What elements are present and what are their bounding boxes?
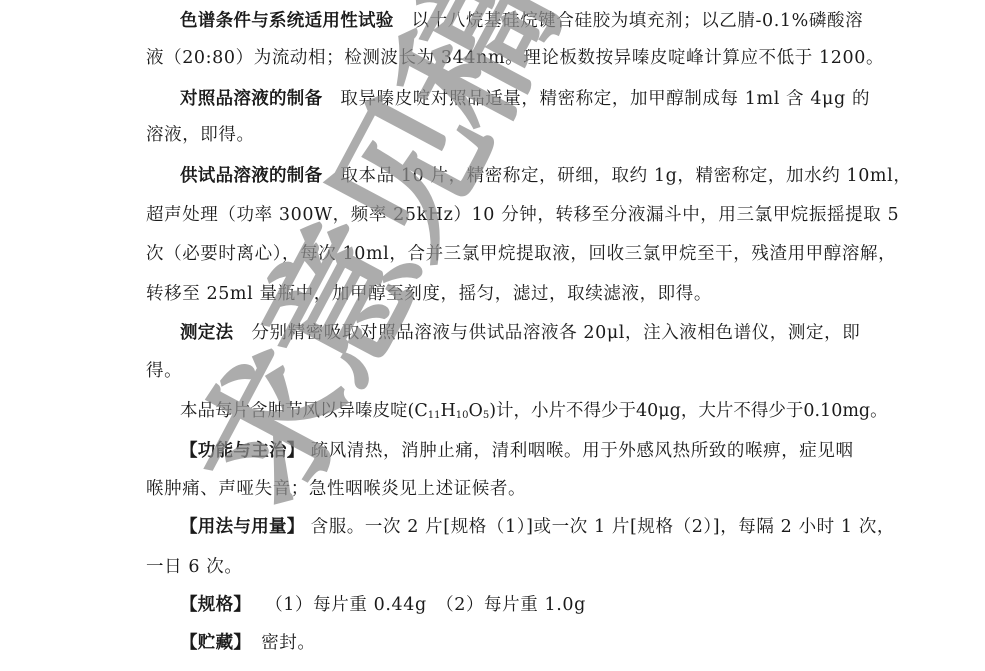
content-limit-line: 本品每片含肿节风以异嗪皮啶(C11H10O5)计，小片不得少于40μg，大片不得… bbox=[180, 400, 888, 422]
storage-line: 【贮藏】密封。 bbox=[180, 632, 316, 654]
dosage-line-1: 【用法与用量】含服。一次 2 片[规格（1）]或一次 1 片[规格（2）]，每隔… bbox=[180, 516, 895, 538]
body-text: 取异嗪皮啶对照品适量，精密称定，加甲醇制成每 1ml 含 4μg 的 bbox=[340, 89, 870, 109]
section-heading: 供试品溶液的制备 bbox=[180, 166, 322, 186]
section-heading: 色谱条件与系统适用性试验 bbox=[180, 11, 394, 31]
body-text: 密封。 bbox=[261, 633, 315, 653]
section-heading: 【贮藏】 bbox=[180, 633, 251, 653]
test-solution-line-3: 次（必要时离心），每次 10ml，合并三氯甲烷提取液，回收三氯甲烷至干，残渣用甲… bbox=[146, 243, 896, 265]
test-solution-line-2: 超声处理（功率 300W，频率 25kHz）10 分钟，转移至分液漏斗中，用三氯… bbox=[146, 204, 899, 226]
body-text: 以十八烷基硅烷键合硅胶为填充剂；以乙腈-0.1%磷酸溶 bbox=[412, 11, 864, 31]
section-heading: 测定法 bbox=[180, 323, 233, 343]
body-text: 取本品 10 片，精密称定，研细，取约 1g，精密称定，加水约 10ml， bbox=[340, 166, 911, 186]
section-heading: 【功能与主治】 bbox=[180, 441, 305, 461]
assay-method-line-1: 测定法分别精密吸取对照品溶液与供试品溶液各 20μl，注入液相色谱仪，测定，即 bbox=[180, 322, 860, 344]
body-text: （1）每片重 0.44g （2）每片重 1.0g bbox=[265, 595, 586, 615]
dosage-line-2: 一日 6 次。 bbox=[146, 556, 242, 578]
indications-line-2: 喉肿痛、声哑失音；急性咽喉炎见上述证候者。 bbox=[146, 478, 526, 500]
body-text: 含服。一次 2 片[规格（1）]或一次 1 片[规格（2）]，每隔 2 小时 1… bbox=[311, 517, 895, 537]
test-solution-line-1: 供试品溶液的制备取本品 10 片，精密称定，研细，取约 1g，精密称定，加水约 … bbox=[180, 165, 911, 187]
document-page: 色谱条件与系统适用性试验以十八烷基硅烷键合硅胶为填充剂；以乙腈-0.1%磷酸溶 … bbox=[0, 0, 985, 671]
body-text: 疏风清热，消肿止痛，清利咽喉。用于外感风热所致的喉痹，症见咽 bbox=[311, 441, 854, 461]
test-solution-line-4: 转移至 25ml 量瓶中，加甲醇至刻度，摇匀，滤过，取续滤液，即得。 bbox=[146, 283, 712, 305]
section-heading: 【用法与用量】 bbox=[180, 517, 305, 537]
body-text: 分别精密吸取对照品溶液与供试品溶液各 20μl，注入液相色谱仪，测定，即 bbox=[251, 323, 860, 343]
section-heading: 【规格】 bbox=[180, 595, 251, 615]
specification-line: 【规格】（1）每片重 0.44g （2）每片重 1.0g bbox=[180, 594, 586, 616]
chromatography-conditions-line-1: 色谱条件与系统适用性试验以十八烷基硅烷键合硅胶为填充剂；以乙腈-0.1%磷酸溶 bbox=[180, 10, 863, 32]
indications-line-1: 【功能与主治】疏风清热，消肿止痛，清利咽喉。用于外感风热所致的喉痹，症见咽 bbox=[180, 440, 854, 462]
chromatography-conditions-line-2: 液（20:80）为流动相；检测波长为 344nm。理论板数按异嗪皮啶峰计算应不低… bbox=[146, 47, 884, 69]
reference-solution-line-1: 对照品溶液的制备取异嗪皮啶对照品适量，精密称定，加甲醇制成每 1ml 含 4μg… bbox=[180, 88, 870, 110]
assay-method-line-2: 得。 bbox=[146, 360, 182, 382]
section-heading: 对照品溶液的制备 bbox=[180, 89, 322, 109]
reference-solution-line-2: 溶液，即得。 bbox=[146, 124, 255, 146]
